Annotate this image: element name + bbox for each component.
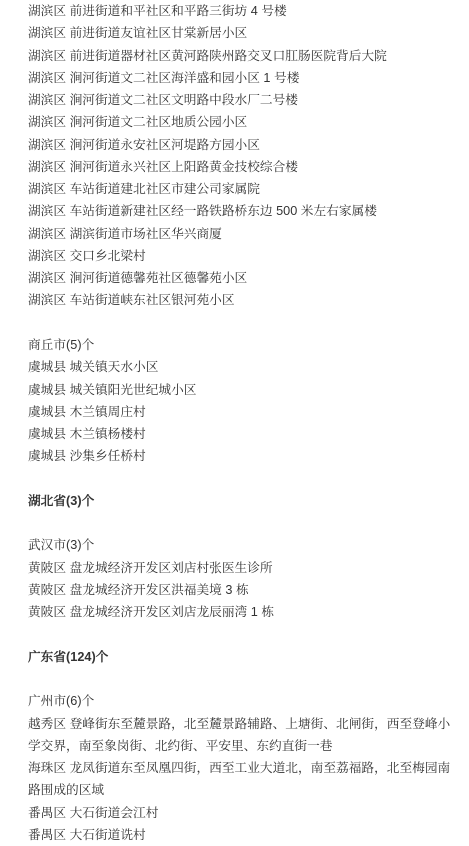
risk-area-entry: 越秀区 登峰街东至麓景路，北至麓景路辅路、上塘街、北闸街，西至登峰小学交界，南至… <box>28 713 455 758</box>
risk-area-entry: 虞城县 木兰镇杨楼村 <box>28 423 455 445</box>
city-header: 商丘市(5)个 <box>28 334 455 356</box>
risk-area-entry: 虞城县 沙集乡任桥村 <box>28 445 455 467</box>
risk-area-entry: 湖滨区 涧河街道德馨苑社区德馨苑小区 <box>28 267 455 289</box>
risk-area-entry: 黄陂区 盘龙城经济开发区刘店龙辰丽湾 1 栋 <box>28 601 455 623</box>
city-header: 武汉市(3)个 <box>28 534 455 556</box>
risk-area-entry: 湖滨区 车站街道建北社区市建公司家属院 <box>28 178 455 200</box>
section-guangdong-province: 广东省(124)个 <box>28 646 455 668</box>
risk-area-entry: 湖滨区 车站街道新建社区经一路铁路桥东边 500 米左右家属楼 <box>28 200 455 222</box>
risk-area-entry: 番禺区 大石街道诜村 <box>28 824 455 846</box>
province-header: 广东省(124)个 <box>28 646 455 668</box>
risk-area-entry: 湖滨区 前进街道友谊社区甘棠新居小区 <box>28 22 455 44</box>
section-guangzhou-city: 广州市(6)个 越秀区 登峰街东至麓景路，北至麓景路辅路、上塘街、北闸街，西至登… <box>28 690 455 846</box>
risk-area-document: 湖滨区 前进街道和平社区和平路三街坊 4 号楼 湖滨区 前进街道友谊社区甘棠新居… <box>0 0 469 846</box>
risk-area-entry: 湖滨区 前进街道和平社区和平路三街坊 4 号楼 <box>28 0 455 22</box>
province-header: 湖北省(3)个 <box>28 490 455 512</box>
risk-area-entry: 湖滨区 涧河街道永安社区河堤路方园小区 <box>28 134 455 156</box>
risk-area-entry: 黄陂区 盘龙城经济开发区洪福美境 3 栋 <box>28 579 455 601</box>
risk-area-entry: 黄陂区 盘龙城经济开发区刘店村张医生诊所 <box>28 557 455 579</box>
risk-area-entry: 湖滨区 车站街道峡东社区银河苑小区 <box>28 289 455 311</box>
risk-area-entry: 湖滨区 涧河街道文二社区地质公园小区 <box>28 111 455 133</box>
section-wuhan-city: 武汉市(3)个 黄陂区 盘龙城经济开发区刘店村张医生诊所 黄陂区 盘龙城经济开发… <box>28 534 455 623</box>
risk-area-entry: 虞城县 木兰镇周庄村 <box>28 401 455 423</box>
risk-area-entry: 湖滨区 交口乡北梁村 <box>28 245 455 267</box>
risk-area-entry: 湖滨区 前进街道器材社区黄河路陕州路交叉口肛肠医院背后大院 <box>28 45 455 67</box>
risk-area-entry: 虞城县 城关镇天水小区 <box>28 356 455 378</box>
risk-area-entry: 湖滨区 湖滨街道市场社区华兴商厦 <box>28 223 455 245</box>
risk-area-entry: 海珠区 龙凤街道东至凤凰四街，西至工业大道北，南至荔福路，北至梅园南路围成的区域 <box>28 757 455 802</box>
city-header: 广州市(6)个 <box>28 690 455 712</box>
risk-area-entry: 番禺区 大石街道会江村 <box>28 802 455 824</box>
section-hubei-province: 湖北省(3)个 <box>28 490 455 512</box>
risk-area-entry: 湖滨区 涧河街道永兴社区上阳路黄金技校综合楼 <box>28 156 455 178</box>
section-hubin-district: 湖滨区 前进街道和平社区和平路三街坊 4 号楼 湖滨区 前进街道友谊社区甘棠新居… <box>28 0 455 312</box>
section-shangqiu-city: 商丘市(5)个 虞城县 城关镇天水小区 虞城县 城关镇阳光世纪城小区 虞城县 木… <box>28 334 455 468</box>
risk-area-entry: 湖滨区 涧河街道文二社区文明路中段水厂二号楼 <box>28 89 455 111</box>
risk-area-entry: 湖滨区 涧河街道文二社区海洋盛和园小区 1 号楼 <box>28 67 455 89</box>
risk-area-entry: 虞城县 城关镇阳光世纪城小区 <box>28 379 455 401</box>
